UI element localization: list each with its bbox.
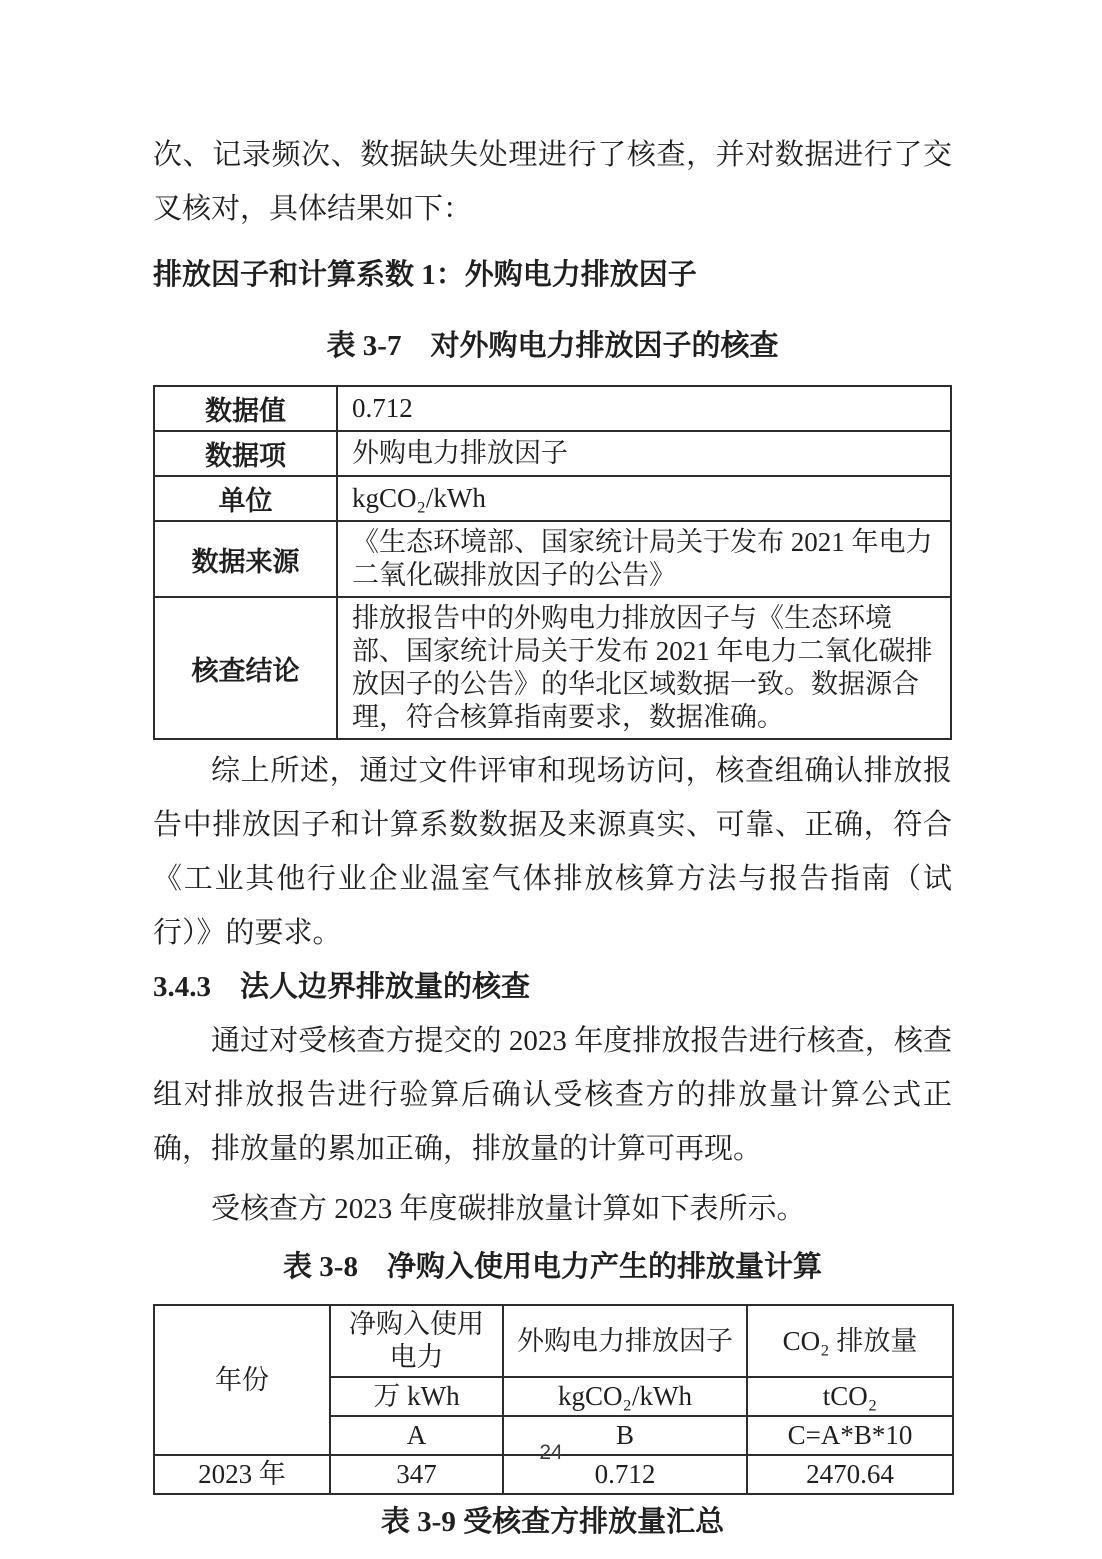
- table-row: 数据项 外购电力排放因子: [154, 431, 951, 476]
- table-3-7: 数据值 0.712 数据项 外购电力排放因子 单位 kgCO₂/kWh 数据来源…: [153, 385, 952, 740]
- table37-label-data-value: 数据值: [154, 386, 337, 431]
- table37-label-unit: 单位: [154, 476, 337, 521]
- table38-header-net-power: 净购入使用电力: [330, 1305, 503, 1377]
- table-row: 数据值 0.712: [154, 386, 951, 431]
- table37-title: 表 3-7 对外购电力排放因子的核查: [153, 319, 952, 373]
- table38-unit-net-power: 万 kWh: [330, 1377, 503, 1416]
- table-row: 数据来源 《生态环境部、国家统计局关于发布 2021 年电力二氧化碳排放因子的公…: [154, 521, 951, 597]
- table38-header-emission: CO₂ 排放量: [747, 1305, 953, 1377]
- table38-unit-factor: kgCO₂/kWh: [503, 1377, 747, 1416]
- table37-value-conclusion: 排放报告中的外购电力排放因子与《生态环境部、国家统计局关于发布 2021 年电力…: [337, 597, 951, 739]
- table37-value-data-item: 外购电力排放因子: [337, 431, 951, 476]
- table37-value-data-value: 0.712: [337, 386, 951, 431]
- heading-section-3-4-3: 3.4.3 法人边界排放量的核查: [153, 960, 952, 1014]
- paragraph-summary: 综上所述，通过文件评审和现场访问，核查组确认排放报告中排放因子和计算系数数据及来…: [153, 744, 952, 960]
- paragraph-calc-intro: 受核查方 2023 年度碳排放量计算如下表所示。: [153, 1182, 952, 1236]
- paragraph-intro: 次、记录频次、数据缺失处理进行了核查，并对数据进行了交叉核对，具体结果如下：: [153, 128, 952, 236]
- table38-title: 表 3-8 净购入使用电力产生的排放量计算: [153, 1240, 952, 1294]
- table-row: 单位 kgCO₂/kWh: [154, 476, 951, 521]
- table39-title: 表 3-9 受核查方排放量汇总: [153, 1495, 952, 1549]
- table38-header-year: 年份: [154, 1305, 330, 1455]
- table37-label-conclusion: 核查结论: [154, 597, 337, 739]
- document-page: 次、记录频次、数据缺失处理进行了核查，并对数据进行了交叉核对，具体结果如下： 排…: [0, 0, 1102, 1559]
- table37-label-data-item: 数据项: [154, 431, 337, 476]
- paragraph-verification: 通过对受核查方提交的 2023 年度排放报告进行核查，核查组对排放报告进行验算后…: [153, 1014, 952, 1176]
- table38-header-factor: 外购电力排放因子: [503, 1305, 747, 1377]
- table37-value-data-source: 《生态环境部、国家统计局关于发布 2021 年电力二氧化碳排放因子的公告》: [337, 521, 951, 597]
- table38-unit-emission: tCO₂: [747, 1377, 953, 1416]
- table37-label-data-source: 数据来源: [154, 521, 337, 597]
- page-number: 24: [0, 1441, 1102, 1465]
- heading-emission-factor: 排放因子和计算系数 1：外购电力排放因子: [153, 248, 952, 302]
- table-3-8: 年份 净购入使用电力 外购电力排放因子 CO₂ 排放量 万 kWh kgCO₂/…: [153, 1304, 954, 1495]
- table-row: 核查结论 排放报告中的外购电力排放因子与《生态环境部、国家统计局关于发布 202…: [154, 597, 951, 739]
- table37-value-unit: kgCO₂/kWh: [337, 476, 951, 521]
- table-row: 年份 净购入使用电力 外购电力排放因子 CO₂ 排放量: [154, 1305, 953, 1377]
